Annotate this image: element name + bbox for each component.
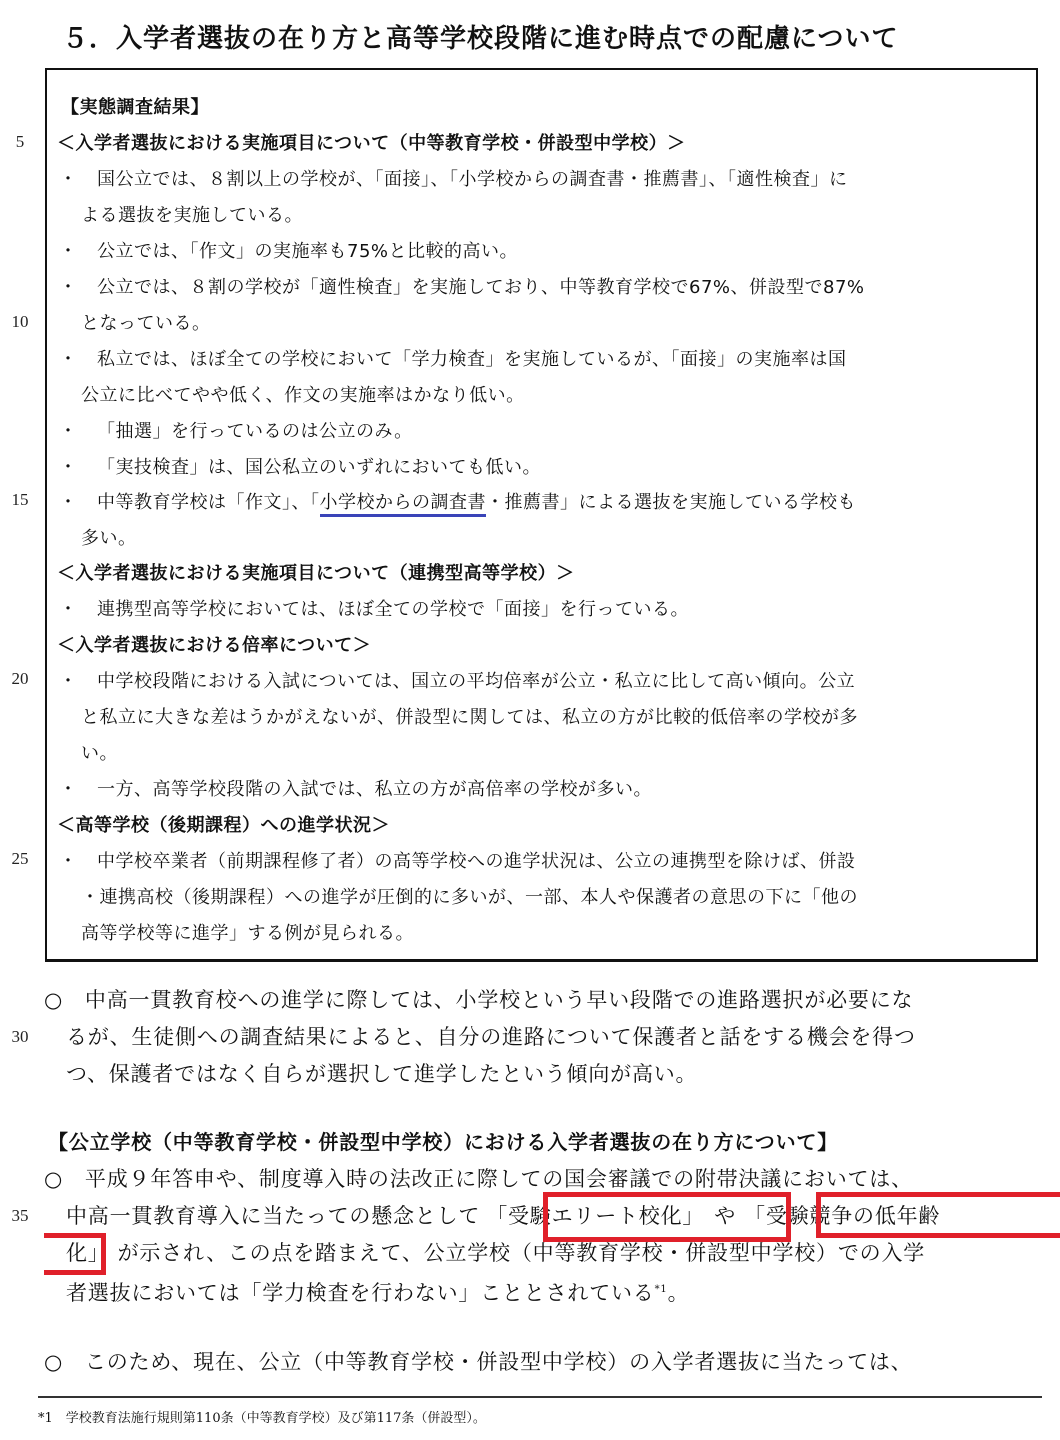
- bullet-10: ・一方、高等学校段階の入試では、私立の方が高倍率の学校が多い。: [59, 778, 652, 802]
- bullet-4: ・私立では、ほぼ全ての学校において「学力検査」を実施しているが、「面接」の実施率…: [59, 348, 847, 372]
- survey-heading: 【実態調査結果】: [61, 96, 209, 120]
- underlined-phrase: 小学校からの調査書: [320, 492, 487, 517]
- para1-line2: るが、生徒側への調査結果によると、自分の進路について保護者と話をする機会を得つ: [66, 1025, 916, 1049]
- bullet-7: ・中等教育学校は「作文」、「小学校からの調査書・推薦書」による選抜を実施している…: [59, 491, 856, 515]
- bullet-9-cont2: い。: [81, 742, 118, 766]
- bullet-11-cont: ・連携高校（後期課程）への進学が圧倒的に多いが、一部、本人や保護者の意思の下に「…: [81, 886, 858, 910]
- subheading-ratio: ＜入学者選抜における倍率について＞: [57, 634, 371, 658]
- subheading-items-high: ＜入学者選抜における実施項目について（連携型高等学校）＞: [57, 562, 575, 586]
- bullet-7-cont: 多い。: [81, 527, 137, 551]
- line-number-20: 20: [0, 669, 40, 689]
- bullet-1-cont: よる選抜を実施している。: [81, 204, 303, 228]
- page-title: ５．入学者選抜の在り方と高等学校段階に進む時点での配慮について: [62, 18, 898, 55]
- line-number-5: 5: [0, 132, 40, 152]
- line-number-30: 30: [0, 1027, 40, 1047]
- section2-p1-line3: 化」が示され、この点を踏まえて、公立学校（中等教育学校・併設型中学校）での入学: [66, 1241, 925, 1265]
- line-number-35: 35: [0, 1206, 40, 1226]
- subheading-items-middle: ＜入学者選抜における実施項目について（中等教育学校・併設型中学校）＞: [57, 132, 686, 156]
- line-number-25: 25: [0, 849, 40, 869]
- bullet-11-cont2: 高等学校等に進学」する例が見られる。: [81, 922, 414, 946]
- bullet-1: ・国公立では、８割以上の学校が、「面接」、「小学校からの調査書・推薦書」、「適性…: [59, 168, 848, 192]
- section2-p2-line1: ○ このため、現在、公立（中等教育学校・併設型中学校）の入学者選抜に当たっては、: [44, 1350, 912, 1374]
- highlight-box-young-competition: [816, 1192, 1060, 1238]
- bullet-3: ・公立では、８割の学校が「適性検査」を実施しており、中等教育学校で67%、併設型…: [59, 276, 865, 300]
- bullet-9: ・中学校段階における入試については、国立の平均倍率が公立・私立に比して高い傾向。…: [59, 670, 855, 694]
- bullet-11: ・中学校卒業者（前期課程修了者）の高等学校への進学状況は、公立の連携型を除けば、…: [59, 850, 856, 874]
- bullet-3-cont: となっている。: [81, 312, 211, 336]
- survey-results-box: 【実態調査結果】 ＜入学者選抜における実施項目について（中等教育学校・併設型中学…: [45, 68, 1038, 962]
- highlight-box-young-competition-cont: [44, 1233, 106, 1275]
- section2-p1-line4: 者選抜においては「学力検査を行わない」こととされている*1。: [66, 1278, 689, 1305]
- para1-line3: つ、保護者ではなく自らが選択して進学したという傾向が高い。: [66, 1062, 697, 1086]
- footnote-divider: [38, 1396, 1042, 1398]
- bullet-9-cont: と私立に大きな差はうかがえないが、併設型に関しては、私立の方が比較的低倍率の学校…: [81, 706, 858, 730]
- bullet-2: ・公立では、「作文」の実施率も75%と比較的高い。: [59, 240, 518, 264]
- bullet-dot: ・: [59, 168, 97, 192]
- bullet-8: ・連携型高等学校においては、ほぼ全ての学校で「面接」を行っている。: [59, 598, 689, 622]
- bullet-4-cont: 公立に比べてやや低く、作文の実施率はかなり低い。: [81, 384, 525, 408]
- bullet-6: ・「実技検査」は、国公私立のいずれにおいても低い。: [59, 456, 541, 480]
- line-number-10: 10: [0, 312, 40, 332]
- bullet-5: ・「抽選」を行っているのは公立のみ。: [59, 420, 413, 444]
- footnote: *1 学校教育法施行規則第110条（中等教育学校）及び第117条（併設型）。: [38, 1407, 486, 1426]
- highlight-box-elite: [543, 1192, 791, 1242]
- section2-p1-line1: ○ 平成９年答申や、制度導入時の法改正に際しての国会審議での附帯決議においては、: [44, 1167, 913, 1191]
- section2-p1-line2: 中高一貫教育導入に当たっての懸念として「受験エリート校化」や「受験競争の低年齢: [66, 1204, 940, 1228]
- subheading-progress: ＜高等学校（後期課程）への進学状況＞: [57, 814, 390, 838]
- footnote-ref[interactable]: *1: [655, 1284, 668, 1295]
- para1-line1: ○ 中高一貫教育校への進学に際しては、小学校という早い段階での進路選択が必要にな: [44, 988, 913, 1012]
- section2-heading: 【公立学校（中等教育学校・併設型中学校）における入学者選抜の在り方について】: [48, 1130, 838, 1154]
- line-number-15: 15: [0, 490, 40, 510]
